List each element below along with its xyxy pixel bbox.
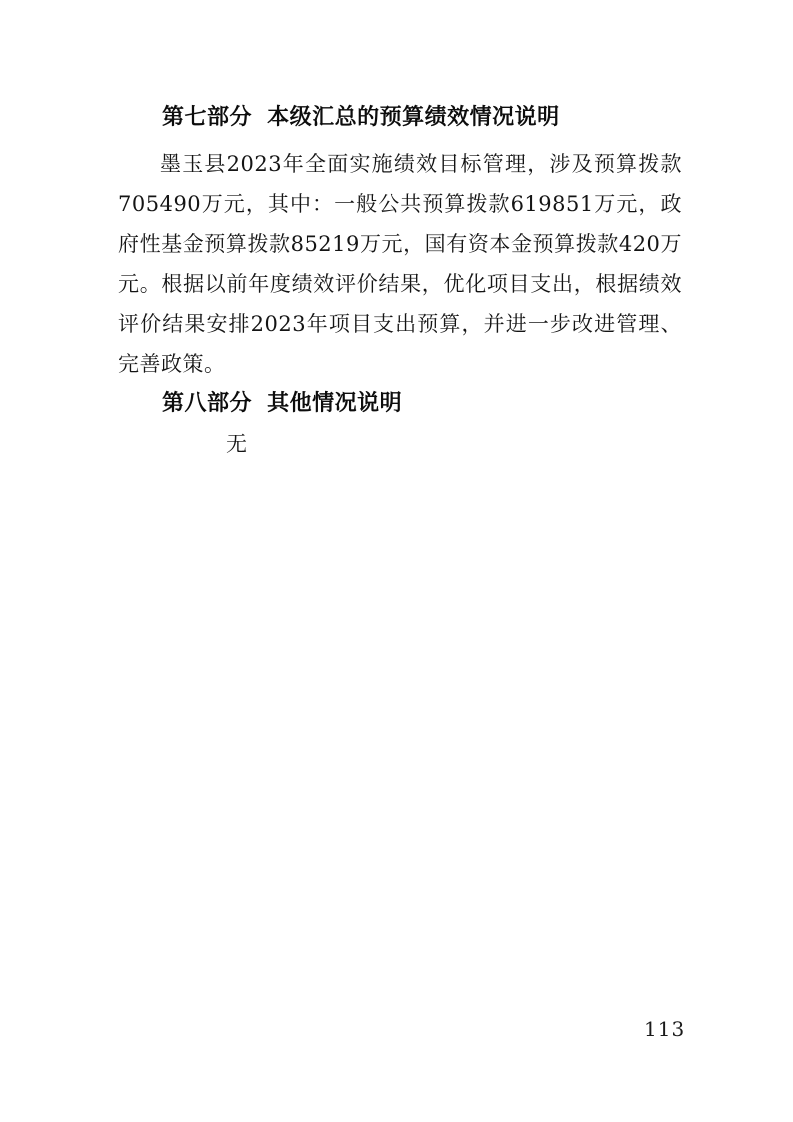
page-number: 113 <box>644 1016 685 1042</box>
section-eight-paragraph: 无 <box>118 424 682 464</box>
section-seven: 第七部分 本级汇总的预算绩效情况说明 墨玉县2023年全面实施绩效目标管理，涉及… <box>118 98 682 384</box>
section-eight: 第八部分 其他情况说明 无 <box>118 384 682 464</box>
document-page: 第七部分 本级汇总的预算绩效情况说明 墨玉县2023年全面实施绩效目标管理，涉及… <box>0 0 793 1122</box>
section-seven-heading: 第七部分 本级汇总的预算绩效情况说明 <box>118 98 682 138</box>
section-seven-paragraph: 墨玉县2023年全面实施绩效目标管理，涉及预算拨款705490万元，其中：一般公… <box>118 144 682 384</box>
section-eight-heading: 第八部分 其他情况说明 <box>118 384 682 424</box>
document-body: 第七部分 本级汇总的预算绩效情况说明 墨玉县2023年全面实施绩效目标管理，涉及… <box>118 98 682 464</box>
